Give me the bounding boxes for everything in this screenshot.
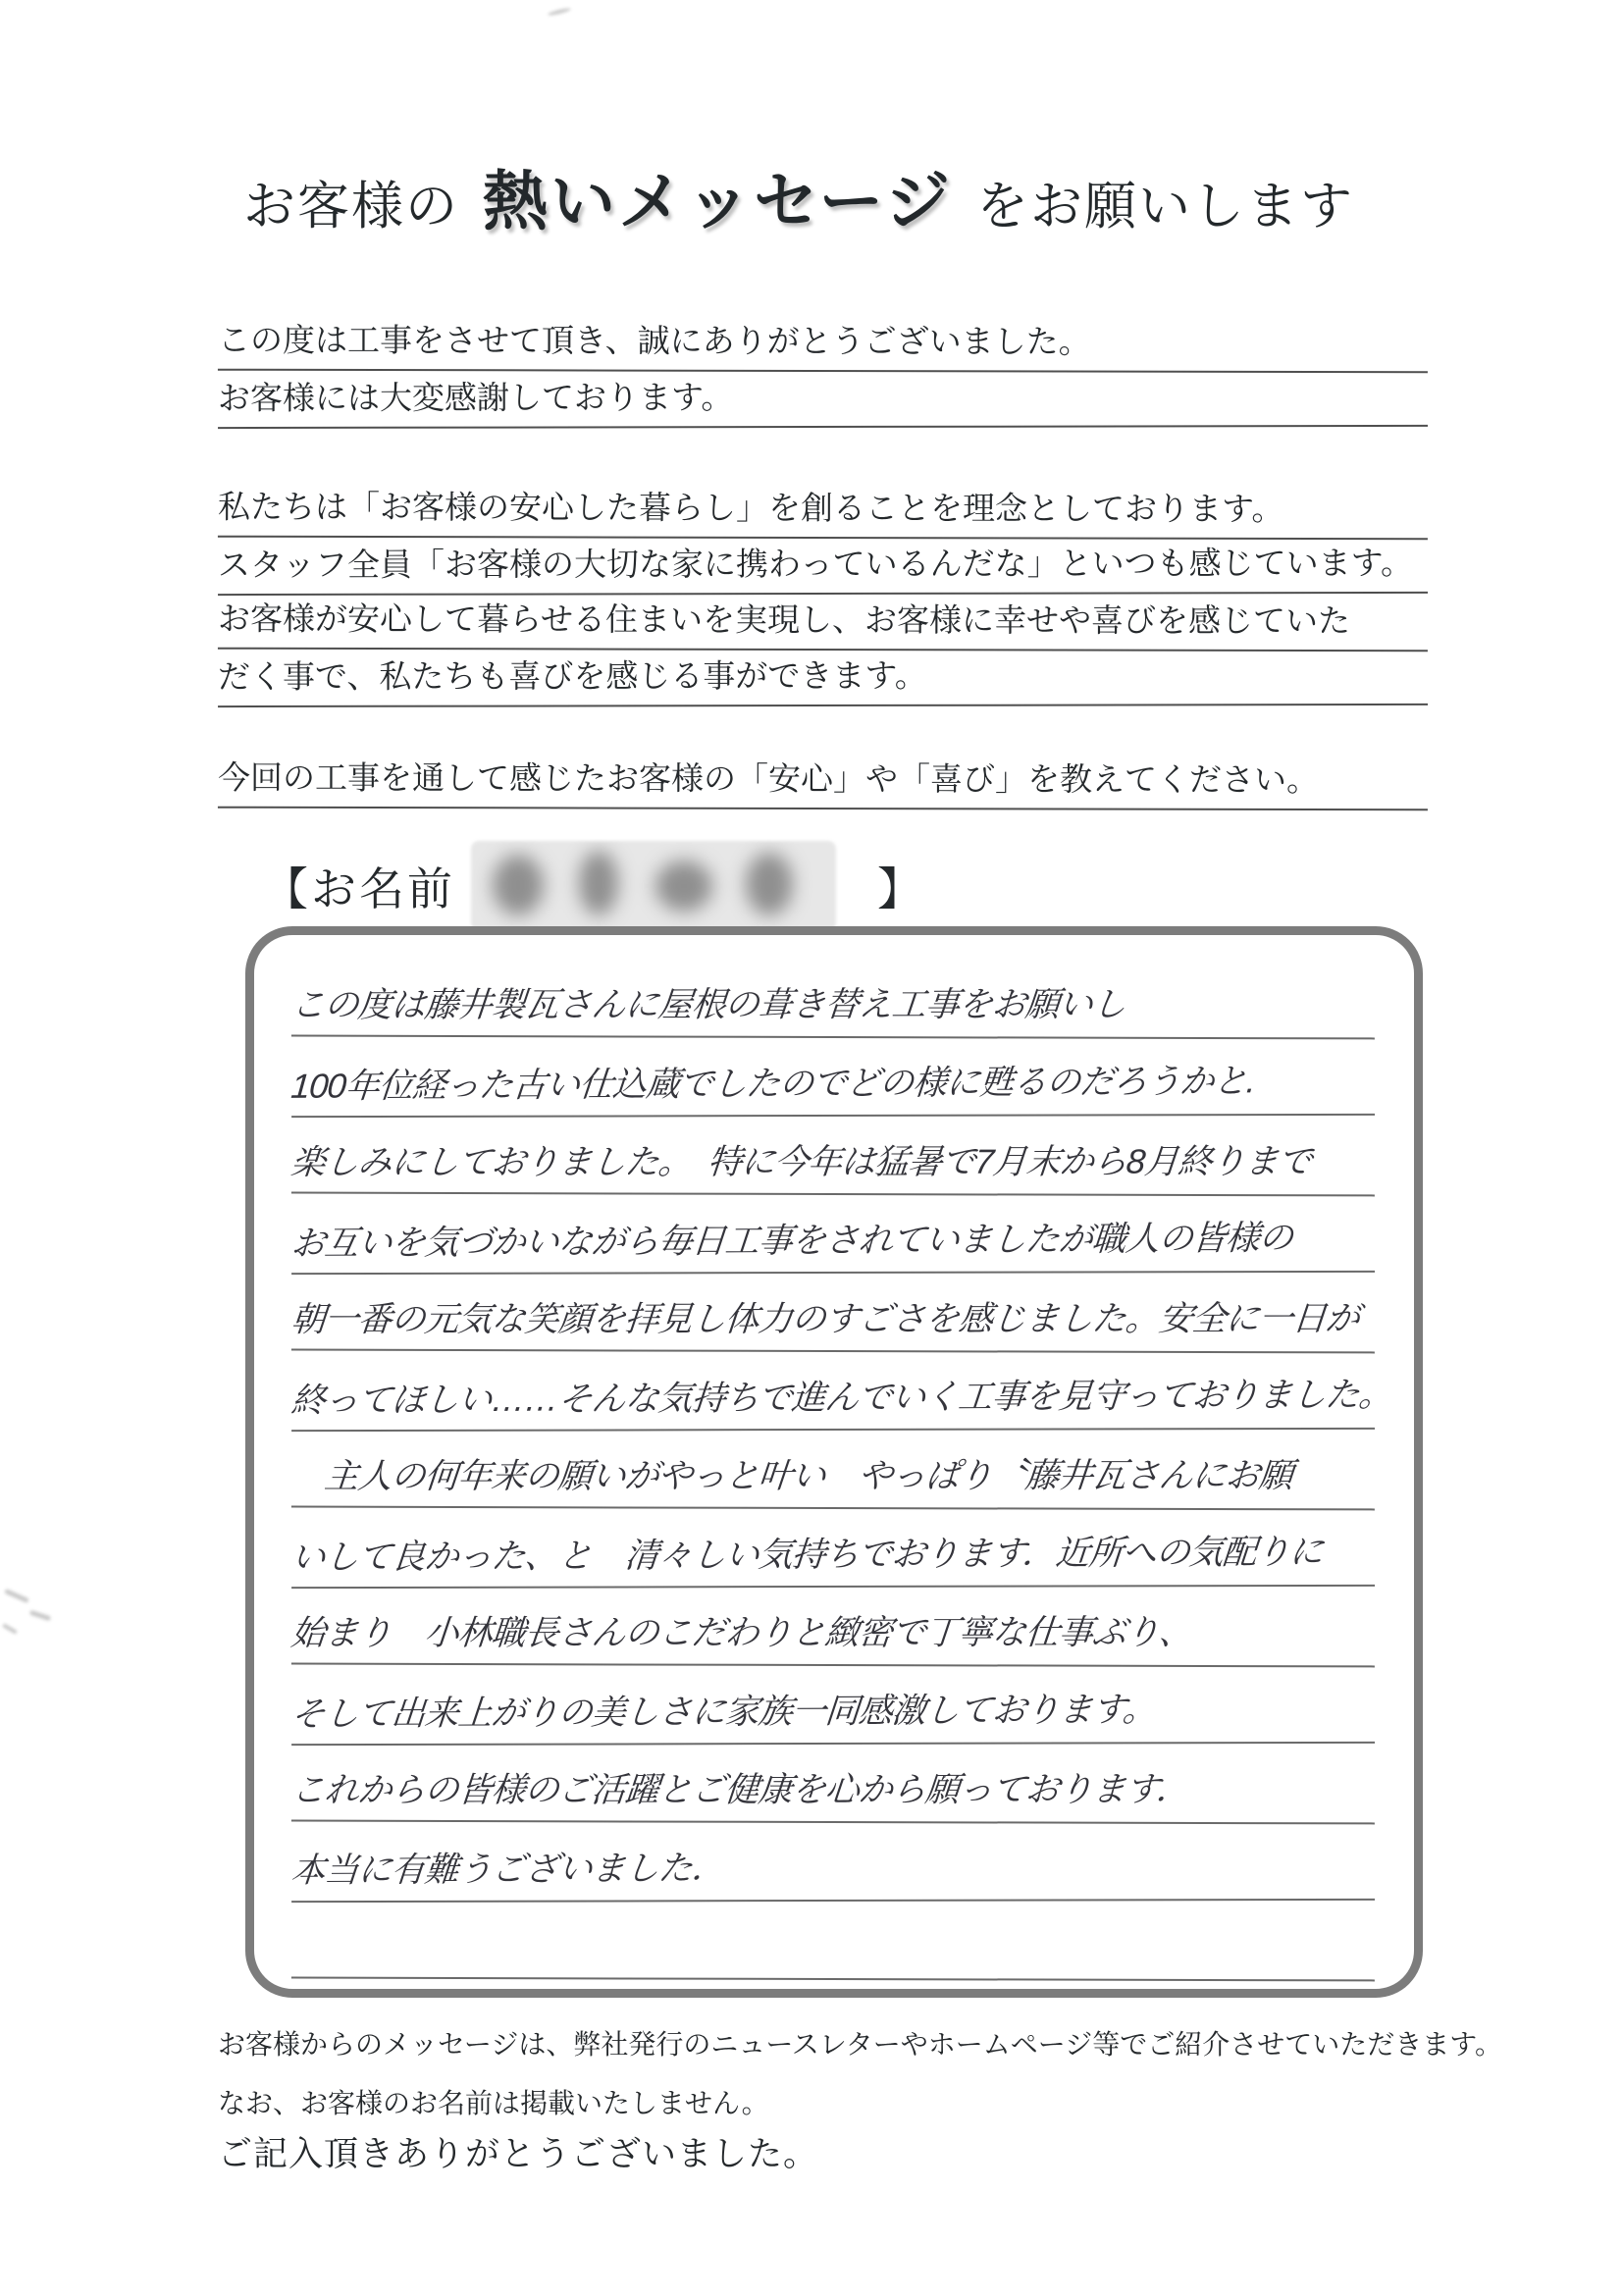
handwritten-text: これからの皆様のご活躍とご健康を心から願っております． (289, 1762, 1192, 1812)
scan-artifact (548, 6, 577, 22)
handwritten-line: 楽しみにしておりました。 特に今年は猛暑で7月末から8月終りまで (291, 1116, 1375, 1197)
footer-note: お客様からのメッセージは、弊社発行のニュースレターやホームページ等でご紹介させて… (218, 2023, 1502, 2062)
handwritten-line: 朝一番の元気な笑顔を拝見し体力のすごさを感じました。安全に一日が (291, 1273, 1375, 1354)
name-label-open: 【お名前 (263, 854, 455, 918)
handwritten-line: いして良かった、と 清々しい気持ちでおります．近所への気配りに (291, 1508, 1375, 1589)
page-title: お客様の 熱いメッセージ をお願いします (243, 149, 1354, 242)
footer-note: なお、お客様のお名前は掲載いたしません。 (218, 2082, 769, 2121)
intro-line: お客様には大変感謝しております。 (218, 371, 1428, 429)
footer-closing: ご記入頂きありがとうございました。 (218, 2127, 818, 2176)
handwritten-text: 主人の何年来の願いがやっと叶い やっぱり〝藤井瓦さんにお願 (289, 1448, 1295, 1498)
title-highlight: 熱いメッセージ (483, 149, 953, 242)
philosophy-paragraph: 私たちは「お客様の安心した暮らし」を創ることを理念としております。 スタッフ全員… (218, 483, 1428, 706)
title-suffix: をお願いします (976, 165, 1354, 239)
redacted-name-blur (471, 841, 836, 931)
blur-smudge (655, 861, 712, 912)
handwritten-text: 100年位経った古い仕込蔵でしたのでどの様に甦るのだろうかと. (289, 1054, 1258, 1108)
prompt-line: 今回の工事を通して感じたお客様の「安心」や「喜び」を教えてください。 (218, 753, 1428, 811)
philosophy-line: お客様が安心して暮らせる住まいを実現し、お客様に幸せや喜びを感じていた (218, 594, 1428, 652)
blur-smudge (493, 855, 544, 915)
handwritten-line: そして出来上がりの美しさに家族一同感激しております。 (291, 1665, 1375, 1746)
title-prefix: お客様の (243, 165, 459, 239)
prompt-paragraph: 今回の工事を通して感じたお客様の「安心」や「喜び」を教えてください。 (218, 754, 1428, 809)
blur-smudge (746, 853, 793, 915)
handwritten-line: 始まり 小林職長さんのこだわりと緻密で丁寧な仕事ぶり、 (291, 1587, 1375, 1668)
handwritten-line-empty (291, 1901, 1375, 1982)
handwritten-text: お互いを気づかいながら毎日工事をされていましたが職人の皆様の (289, 1211, 1294, 1266)
handwritten-text: この度は藤井製瓦さんに屋根の葺き替え工事をお願いし (289, 977, 1128, 1027)
blur-smudge (579, 851, 618, 915)
handwritten-text: いして良かった、と 清々しい気持ちでおります．近所への気配りに (289, 1525, 1325, 1580)
handwritten-line: お互いを気づかいながら毎日工事をされていましたが職人の皆様の (291, 1194, 1375, 1275)
intro-line: この度は工事をさせて頂き、誠にありがとうございました。 (218, 315, 1428, 374)
scanned-feedback-form: お客様の 熱いメッセージ をお願いします この度は工事をさせて頂き、誠にありがと… (0, 0, 1623, 2296)
handwritten-text: 楽しみにしておりました。 特に今年は猛暑で7月末から8月終りまで (289, 1134, 1314, 1184)
handwritten-line: これからの皆様のご活躍とご健康を心から願っております． (291, 1744, 1375, 1825)
handwritten-line: 主人の何年来の願いがやっと叶い やっぱり〝藤井瓦さんにお願 (291, 1430, 1375, 1511)
philosophy-line: 私たちは「お客様の安心した暮らし」を創ることを理念としております。 (218, 482, 1428, 541)
handwritten-line: 100年位経った古い仕込蔵でしたのでどの様に甦るのだろうかと. (291, 1037, 1375, 1118)
handwritten-text: 始まり 小林職長さんのこだわりと緻密で丁寧な仕事ぶり、 (289, 1605, 1195, 1655)
name-label-close: 】 (877, 854, 925, 918)
name-field: 【お名前 】 (263, 838, 925, 934)
handwritten-line: 本当に有難うございました． (291, 1822, 1375, 1903)
handwritten-line: この度は藤井製瓦さんに屋根の葺き替え工事をお願いし (291, 959, 1375, 1040)
handwritten-line: 終ってほしい……そんな気持ちで進んでいく工事を見守っておりました。 (291, 1351, 1375, 1432)
handwritten-text: 本当に有難うございました． (289, 1841, 727, 1892)
philosophy-line: スタッフ全員「お客様の大切な家に携わっているんだな」といつも感じています。 (218, 538, 1428, 596)
scan-artifact (0, 1588, 69, 1646)
intro-paragraph: この度は工事をさせて頂き、誠にありがとうございました。 お客様には大変感謝してお… (218, 316, 1428, 428)
handwritten-text: 朝一番の元気な笑顔を拝見し体力のすごさを感じました。安全に一日が (289, 1292, 1362, 1342)
philosophy-line: だく事で、私たちも喜びを感じる事ができます。 (218, 650, 1428, 707)
handwritten-message-box: この度は藤井製瓦さんに屋根の葺き替え工事をお願いし 100年位経った古い仕込蔵で… (245, 926, 1423, 1998)
handwritten-text: 終ってほしい……そんな気持ちで進んでいく工事を見守っておりました。 (289, 1368, 1394, 1423)
handwritten-text: そして出来上がりの美しさに家族一同感激しております。 (289, 1683, 1159, 1737)
